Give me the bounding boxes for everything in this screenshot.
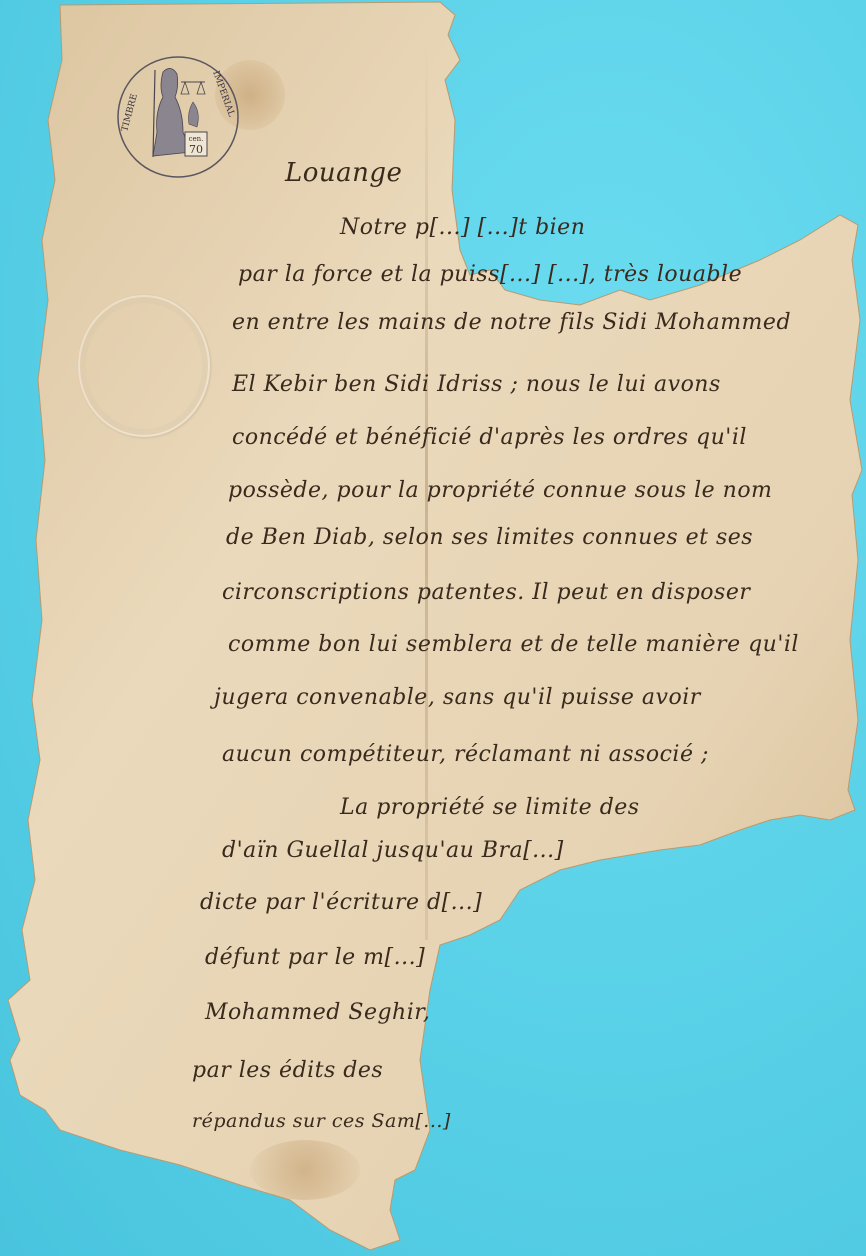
stamp-text-right: IMPERIAL (210, 70, 236, 119)
handwritten-line: dicte par l'écriture d[...] (200, 890, 482, 915)
handwritten-line: Notre p[...] [...]t bien (340, 215, 585, 240)
handwritten-line: circonscriptions patentes. Il peut en di… (222, 580, 750, 605)
stamp-denomination-unit: cen. (189, 135, 204, 143)
imperial-stamp: cen. 70 TIMBRE IMPERIAL (113, 52, 243, 182)
handwritten-line: en entre les mains de notre fils Sidi Mo… (232, 310, 791, 335)
handwritten-line: La propriété se limite des (340, 795, 640, 820)
handwritten-line: Mohammed Seghir, (205, 1000, 430, 1025)
handwritten-line: d'aïn Guellal jusqu'au Bra[...] (222, 838, 564, 863)
handwritten-line: concédé et bénéficié d'après les ordres … (232, 425, 747, 450)
handwritten-line: possède, pour la propriété connue sous l… (228, 478, 772, 503)
handwritten-line: de Ben Diab, selon ses limites connues e… (226, 525, 753, 550)
embossed-seal (78, 295, 210, 437)
torn-paper (0, 0, 866, 1256)
salutation: Louange (285, 158, 402, 188)
handwritten-line: par les édits des (192, 1058, 383, 1083)
handwritten-line: El Kebir ben Sidi Idriss ; nous le lui a… (232, 372, 721, 397)
handwritten-line: défunt par le m[...] (205, 945, 425, 970)
stamp-text-left: TIMBRE (120, 93, 140, 133)
stamp-denomination-value: 70 (189, 143, 203, 156)
handwritten-line: répandus sur ces Sam[...] (192, 1110, 451, 1132)
handwritten-line: aucun compétiteur, réclamant ni associé … (222, 742, 709, 767)
handwritten-line: jugera convenable, sans qu'il puisse avo… (214, 685, 701, 710)
handwritten-line: par la force et la puiss[...] [...], trè… (238, 262, 742, 287)
paper-stain (250, 1140, 360, 1200)
handwritten-line: comme bon lui semblera et de telle maniè… (228, 632, 799, 657)
